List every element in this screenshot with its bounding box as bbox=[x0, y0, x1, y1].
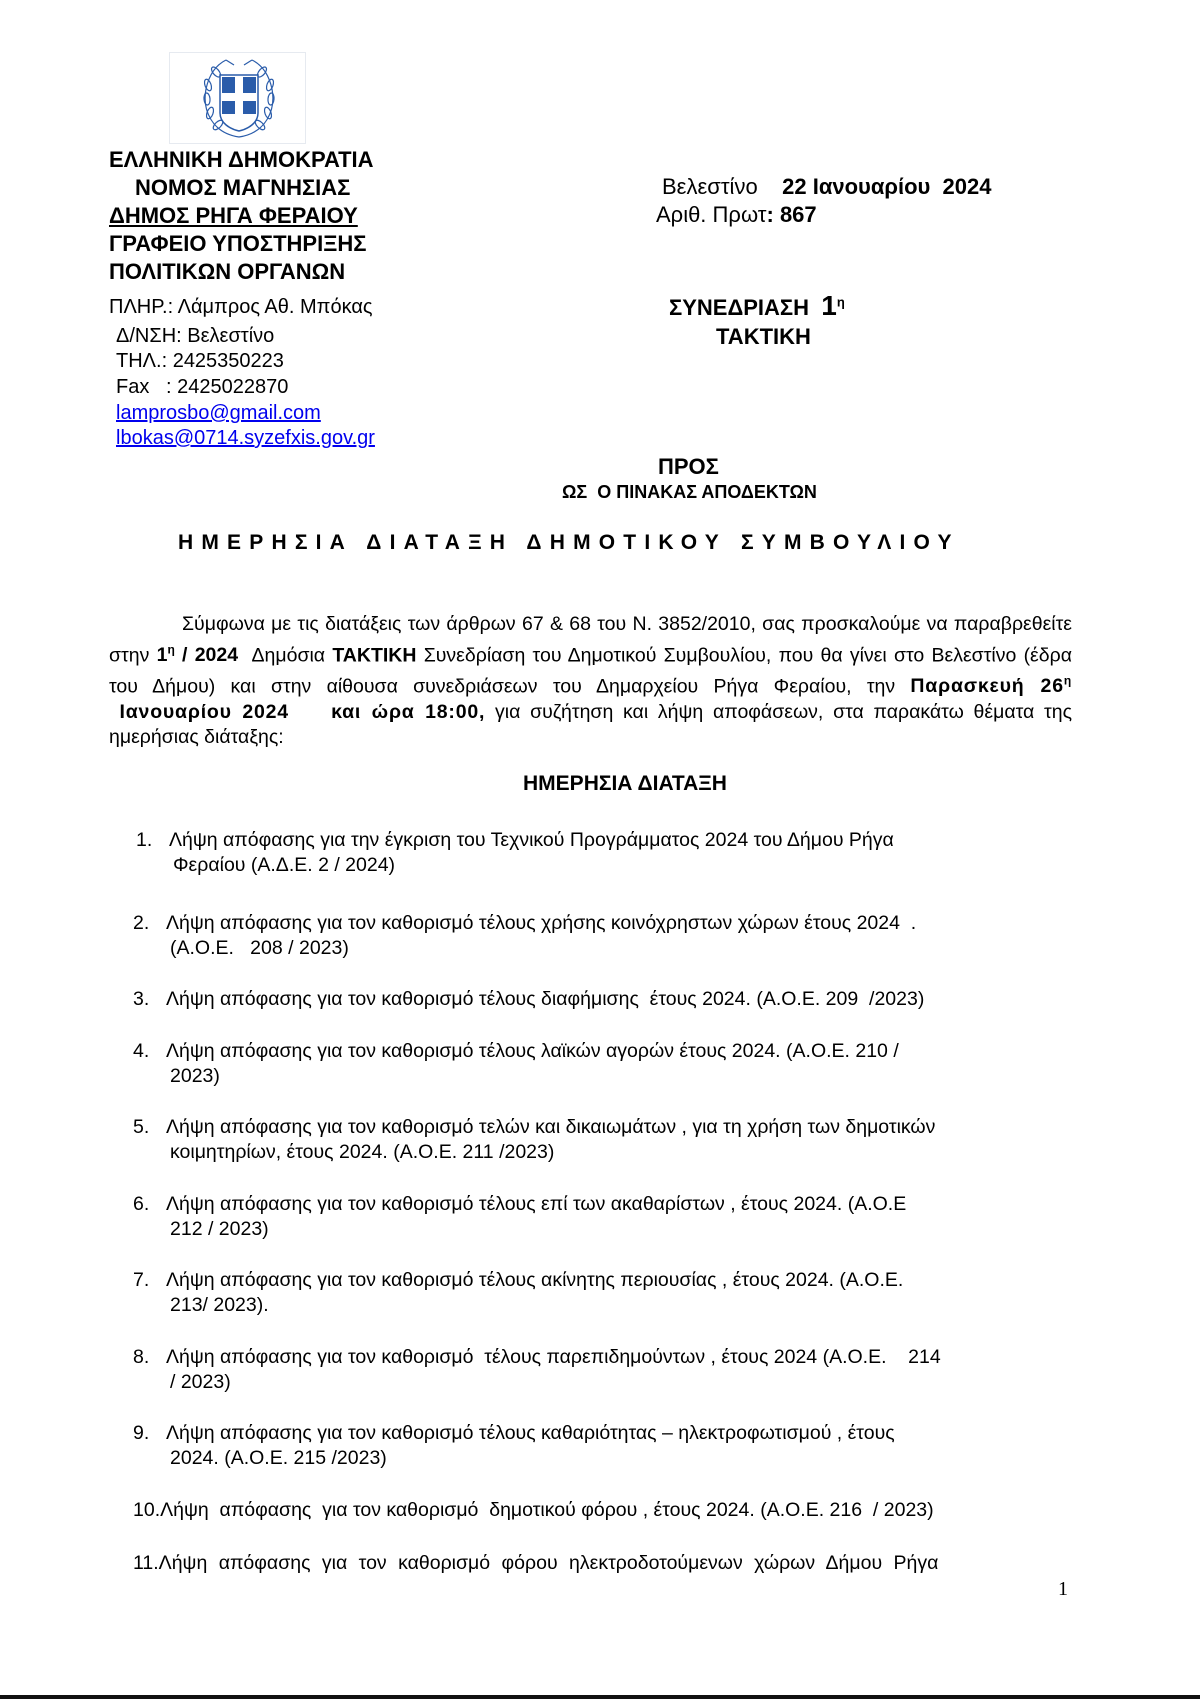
session-type-inline: ΤΑΚΤΙΚΗ bbox=[332, 644, 416, 666]
sender-office-cont: ΠΟΛΙΤΙΚΩΝ ΟΡΓΑΝΩΝ bbox=[109, 258, 345, 286]
page-bottom-border bbox=[0, 1695, 1200, 1699]
protocol-number: : 867 bbox=[767, 202, 817, 227]
sender-municipality: ΔΗΜΟΣ ΡΗΓΑ ΦΕΡΑΙΟΥ bbox=[109, 202, 358, 230]
session-label: ΣΥΝΕΔΡΙΑΣΗ bbox=[669, 295, 809, 320]
email-link-primary[interactable]: lamprosbo@gmail.com bbox=[116, 401, 321, 426]
intro-paragraph: Σύμφωνα με τις διατάξεις των άρθρων 67 &… bbox=[109, 612, 1072, 751]
session-title: ΣΥΝΕΔΡΙΑΣΗ 1η bbox=[669, 290, 845, 322]
agenda-item: 3.Λήψη απόφασης για τον καθορισμό τέλους… bbox=[133, 987, 1061, 1012]
agenda-item: 7.Λήψη απόφασης για τον καθορισμό τέλους… bbox=[133, 1268, 1061, 1318]
agenda-item: 1.Λήψη απόφασης για την έγκριση του Τεχν… bbox=[136, 828, 1064, 878]
session-number: 1 bbox=[821, 290, 837, 321]
session-suffix: η bbox=[837, 295, 845, 310]
recipients-to: ΠΡΟΣ bbox=[658, 454, 719, 480]
protocol-label: Αριθ. Πρωτ bbox=[656, 202, 767, 227]
agenda-item: 8.Λήψη απόφασης για τον καθορισμό τέλους… bbox=[133, 1345, 1061, 1395]
sender-office: ΓΡΑΦΕΙΟ ΥΠΟΣΤΗΡΙΞΗΣ bbox=[109, 230, 366, 258]
agenda-item: 5.Λήψη απόφασης για τον καθορισμό τελών … bbox=[133, 1115, 1061, 1165]
agenda-item: 2.Λήψη απόφασης για τον καθορισμό τέλους… bbox=[133, 911, 1061, 961]
greek-coat-of-arms-icon bbox=[200, 55, 278, 143]
agenda-item: 6.Λήψη απόφασης για τον καθορισμό τέλους… bbox=[133, 1192, 1061, 1242]
intro-text: Δημόσια bbox=[238, 644, 332, 666]
phone: ΤΗΛ.: 2425350223 bbox=[116, 349, 284, 374]
fax: Fax : 2425022870 bbox=[116, 375, 288, 400]
emblem bbox=[169, 52, 306, 144]
date: 22 Ιανουαρίου 2024 bbox=[782, 174, 991, 199]
agenda-item: 4.Λήψη απόφασης για τον καθορισμό τέλους… bbox=[133, 1039, 1061, 1089]
page-number: 1 bbox=[1058, 1578, 1068, 1601]
info-person: ΠΛΗΡ.: Λάμπρος Αθ. Μπόκας bbox=[109, 295, 373, 320]
sender-country: ΕΛΛΗΝΙΚΗ ΔΗΜΟΚΡΑΤΙΑ bbox=[109, 146, 374, 174]
agenda-heading: ΗΜΕΡΗΣΙΑ ΔΙΑΤΑΞΗ bbox=[0, 772, 1200, 796]
sender-prefecture: ΝΟΜΟΣ ΜΑΓΝΗΣΙΑΣ bbox=[135, 174, 350, 202]
session-type: ΤΑΚΤΙΚΗ bbox=[716, 324, 811, 350]
address: Δ/ΝΣΗ: Βελεστίνο bbox=[116, 324, 274, 349]
email-link-secondary[interactable]: lbokas@0714.syzefxis.gov.gr bbox=[116, 426, 375, 451]
agenda-item: 10.Λήψη απόφασης για τον καθορισμό δημοτ… bbox=[133, 1498, 1061, 1523]
agenda-item: 9.Λήψη απόφασης για τον καθορισμό τέλους… bbox=[133, 1421, 1061, 1471]
session-ref: 1η / 2024 bbox=[157, 644, 239, 666]
date-line: Βελεστίνο 22 Ιανουαρίου 2024 bbox=[662, 174, 992, 200]
recipients-list: ΩΣ Ο ΠΙΝΑΚΑΣ ΑΠΟΔΕΚΤΩΝ bbox=[562, 482, 817, 503]
agenda-item: 11.Λήψη απόφασης για τον καθορισμό φόρου… bbox=[133, 1551, 1061, 1576]
place: Βελεστίνο bbox=[662, 174, 758, 199]
document-title: ΗΜΕΡΗΣΙΑ ΔΙΑΤΑΞΗ ΔΗΜΟΤΙΚΟΥ ΣΥΜΒΟΥΛΙΟΥ bbox=[178, 531, 960, 555]
protocol-line: Αριθ. Πρωτ: 867 bbox=[656, 202, 817, 228]
